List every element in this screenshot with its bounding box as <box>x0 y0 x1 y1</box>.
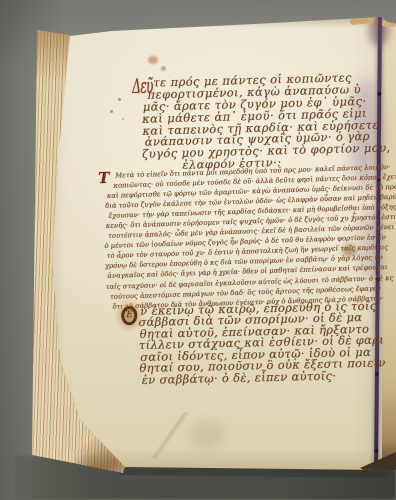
rust-stain <box>148 56 158 64</box>
rust-stain <box>161 66 166 71</box>
ink-speck <box>118 98 121 101</box>
rubricated-initial-tau: Τ <box>98 169 110 187</box>
page-crease <box>140 412 200 458</box>
ink-speck <box>122 118 124 120</box>
gospel-passage-bottom: Ἐ ν ἐκείνῳ τῷ καιρῷ, ἐπορεύθη ὁ ἰς τοῖς … <box>138 301 360 386</box>
gospel-passage-top: Δεῦ τε πρός με πάντες οἱ κοπιῶντες πεφορ… <box>133 72 365 173</box>
commentary-block: Τ Μετὰ τὸ εἰπεῖν ὅτι πάντα μοι παρεδόθη … <box>102 163 368 312</box>
rubricated-initial-delta: Δεῦ <box>132 74 153 97</box>
ink-speck <box>110 110 113 113</box>
text-line: ἐν σαββάτῳ· ὁ δὲ, εἶπεν αὐτοῖς· <box>140 370 360 386</box>
corroded-initial-epsilon: Ἐ <box>121 306 137 325</box>
paper-repair-flap <box>382 20 396 28</box>
manuscript-photo: Δεῦ τε πρός με πάντες οἱ κοπιῶντες πεφορ… <box>0 0 396 500</box>
manuscript-page: Δεῦ τε πρός με πάντες οἱ κοπιῶντες πεφορ… <box>30 14 396 476</box>
